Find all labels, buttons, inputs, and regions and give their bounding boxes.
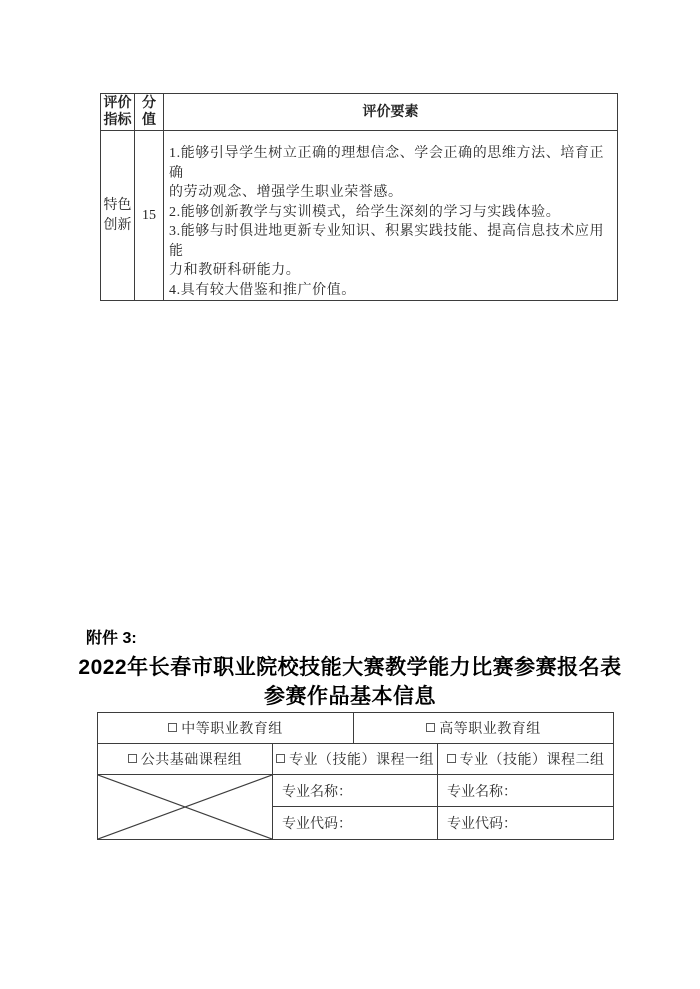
evaluation-element-item: 2.能够创新教学与实训模式，给学生深刻的学习与实践体验。 (169, 203, 613, 223)
registration-table: 中等职业教育组 高等职业教育组 公共基础课程组 专业（技能）课程一组 专业（技能… (97, 712, 614, 840)
course-group-label: 公共基础课程组 (141, 753, 243, 768)
option-higher-vocational[interactable]: 高等职业教育组 (426, 722, 541, 737)
form-title: 2022年长春市职业院校技能大赛教学能力比赛参赛报名表 (0, 651, 700, 681)
rubric-elements-cell: 1.能够引导学生树立正确的理想信念、学会正确的思维方法、培育正确 的劳动观念、增… (164, 131, 618, 301)
major-code-field-group2[interactable]: 专业代码： (438, 807, 614, 840)
attachment-label: 附件 3: (86, 625, 137, 648)
education-group-label: 中等职业教育组 (181, 722, 283, 737)
rubric-indicator-cell: 特色 创新 (101, 131, 135, 301)
rubric-data-row: 特色 创新 15 1.能够引导学生树立正确的理想信念、学会正确的思维方法、培育正… (101, 131, 618, 301)
education-group-label: 高等职业教育组 (439, 722, 541, 737)
checkbox-icon[interactable] (447, 754, 456, 763)
rubric-header-indicator: 评价 指标 (101, 94, 135, 131)
course-group-row: 公共基础课程组 专业（技能）课程一组 专业（技能）课程二组 (98, 744, 614, 775)
major-code-field-group1[interactable]: 专业代码： (273, 807, 438, 840)
checkbox-icon[interactable] (276, 754, 285, 763)
rubric-header-score: 分 值 (135, 94, 164, 131)
option-skill-course-group2[interactable]: 专业（技能）课程二组 (447, 753, 605, 768)
option-skill-course-group1[interactable]: 专业（技能）课程一组 (276, 753, 434, 768)
course-group-label: 专业（技能）课程二组 (460, 753, 605, 768)
checkbox-icon[interactable] (168, 723, 177, 732)
evaluation-element-item: 3.能够与时俱进地更新专业知识、积累实践技能、提高信息技术应用能 力和教研科研能… (169, 222, 613, 281)
crossed-out-cell (98, 775, 273, 840)
course-group-label: 专业（技能）课程一组 (289, 753, 434, 768)
document-page: 评价 指标 分 值 评价要素 特色 创新 15 1.能够引导学生树立正确的理想信… (0, 0, 700, 989)
rubric-table: 评价 指标 分 值 评价要素 特色 创新 15 1.能够引导学生树立正确的理想信… (100, 93, 618, 301)
evaluation-element-item: 4.具有较大借鉴和推广价值。 (169, 281, 613, 301)
checkbox-icon[interactable] (426, 723, 435, 732)
major-name-field-group2[interactable]: 专业名称： (438, 775, 614, 807)
checkbox-icon[interactable] (128, 754, 137, 763)
option-public-basic-course[interactable]: 公共基础课程组 (128, 753, 243, 768)
diagonal-cross-icon (98, 775, 272, 839)
education-group-cell-higher: 高等职业教育组 (354, 713, 614, 744)
major-name-row: 专业名称： 专业名称： (98, 775, 614, 807)
rubric-header-row: 评价 指标 分 值 评价要素 (101, 94, 618, 131)
course-group-cell-public: 公共基础课程组 (98, 744, 273, 775)
evaluation-element-item: 1.能够引导学生树立正确的理想信念、学会正确的思维方法、培育正确 的劳动观念、增… (169, 144, 613, 203)
form-subtitle: 参赛作品基本信息 (0, 680, 700, 710)
rubric-header-elements: 评价要素 (164, 94, 618, 131)
major-name-field-group1[interactable]: 专业名称： (273, 775, 438, 807)
course-group-cell-skill1: 专业（技能）课程一组 (273, 744, 438, 775)
option-secondary-vocational[interactable]: 中等职业教育组 (168, 722, 283, 737)
education-group-cell-secondary: 中等职业教育组 (98, 713, 354, 744)
course-group-cell-skill2: 专业（技能）课程二组 (438, 744, 614, 775)
rubric-score-cell: 15 (135, 131, 164, 301)
education-group-row: 中等职业教育组 高等职业教育组 (98, 713, 614, 744)
